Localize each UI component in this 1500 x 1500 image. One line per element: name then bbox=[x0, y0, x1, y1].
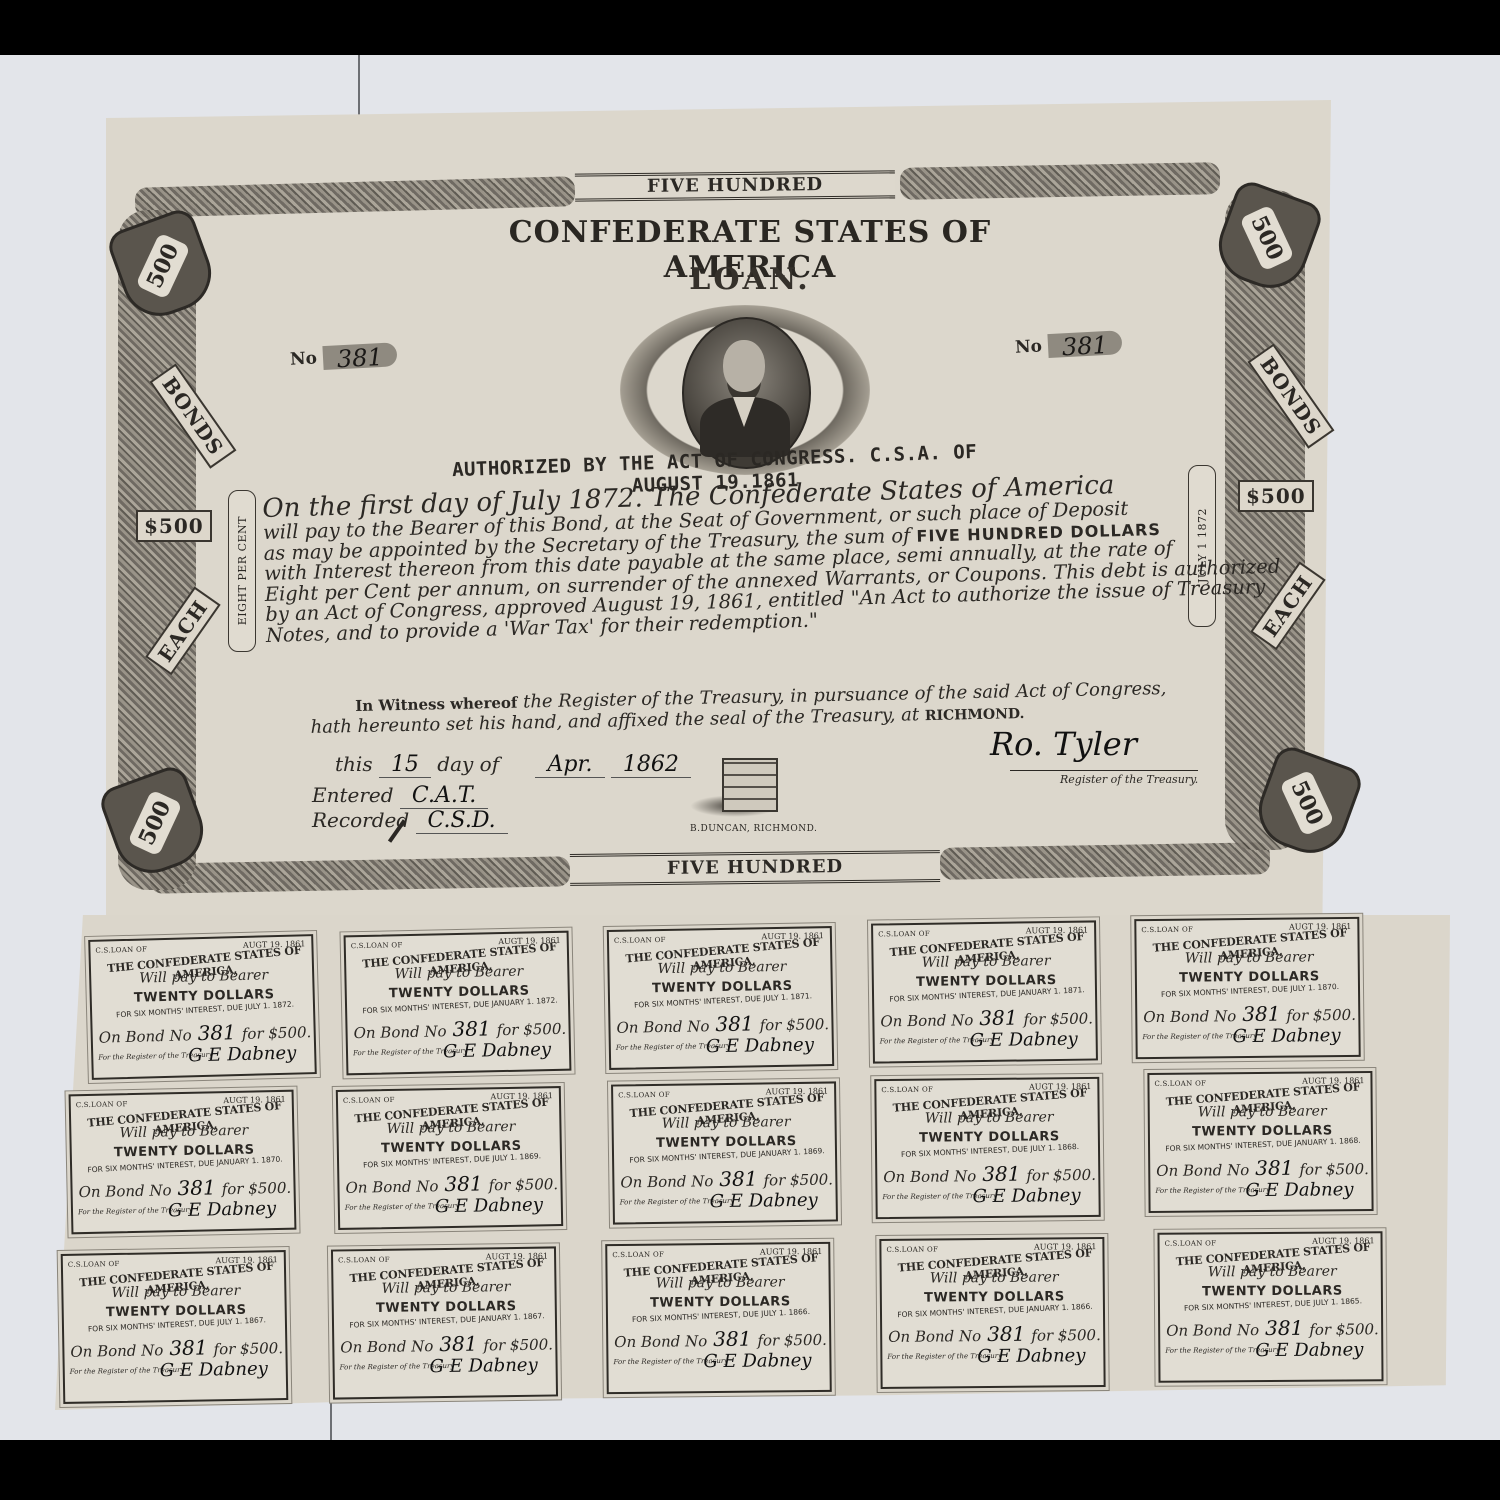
serial-number-right: No 381 bbox=[1014, 327, 1122, 363]
entered-line: Entered C.A.T. bbox=[312, 783, 488, 808]
cotton-bale-vignette bbox=[680, 750, 790, 825]
coupon-loan-label: C.S.LOAN OF bbox=[1141, 926, 1193, 935]
interest-coupon: C.S.LOAN OF AUGT 19. 1861 THE CONFEDERAT… bbox=[874, 1077, 1100, 1219]
coupon-bond-line: On Bond No381for $500. bbox=[1143, 1001, 1356, 1027]
coupon-signature: G E Dabney bbox=[168, 1198, 276, 1221]
coupon-signature: G E Dabney bbox=[429, 1355, 537, 1378]
coupon-pay-text: Will pay to Bearer bbox=[873, 952, 1098, 971]
coupon-signature: G E Dabney bbox=[1255, 1339, 1363, 1361]
interest-coupon: C.S.LOAN OF AUGT 19. 1861 THE CONFEDERAT… bbox=[344, 931, 572, 1076]
coupon-bond-number: 381 bbox=[976, 1162, 1026, 1187]
coupon-loan-label: C.S.LOAN OF bbox=[612, 1251, 664, 1260]
recorded-line: Recorded C.S.D. bbox=[312, 808, 508, 833]
coupon-signature: G E Dabney bbox=[188, 1043, 297, 1067]
letterbox-top bbox=[0, 0, 1500, 55]
interest-coupon: C.S.LOAN OF AUGT 19. 1861 THE CONFEDERAT… bbox=[607, 926, 834, 1070]
coupon-loan-label: C.S.LOAN OF bbox=[881, 1086, 933, 1095]
coupon-bond-line: On Bond No381for $500. bbox=[883, 1161, 1096, 1187]
number-prefix: No bbox=[1015, 336, 1043, 357]
interest-coupon: C.S.LOAN OF AUGT 19. 1861 THE CONFEDERAT… bbox=[605, 1242, 832, 1394]
coupon-bond-number: 381 bbox=[1236, 1002, 1286, 1027]
coupon-pay-text: Will pay to Bearer bbox=[71, 1122, 296, 1143]
entered-initials: C.A.T. bbox=[400, 783, 488, 809]
floral-border bbox=[940, 842, 1271, 880]
issue-day: 15 bbox=[379, 752, 431, 778]
coupon-pay-text: Will pay to Bearer bbox=[877, 1109, 1102, 1127]
coupon-signature: G E Dabney bbox=[435, 1194, 543, 1217]
coupon-pay-text: Will pay to Bearer bbox=[1150, 1103, 1375, 1121]
issue-date-line: this 15 day of Apr. 1862 bbox=[335, 752, 691, 777]
interest-coupon: C.S.LOAN OF AUGT 19. 1861 THE CONFEDERAT… bbox=[1134, 917, 1360, 1059]
coupon-pay-text: Will pay to Bearer bbox=[613, 1113, 838, 1132]
serial-number-left: No 381 bbox=[289, 339, 397, 375]
coupon-pay-text: Will pay to Bearer bbox=[338, 1118, 563, 1138]
interest-coupon: C.S.LOAN OF AUGT 19. 1861 THE CONFEDERAT… bbox=[336, 1086, 563, 1230]
value-ribbon: $500 bbox=[136, 510, 212, 542]
coupon-bond-number: 381 bbox=[709, 1011, 760, 1036]
letterbox-bottom bbox=[0, 1440, 1500, 1500]
bond-body-text: On the first day of July 1872. The Confe… bbox=[262, 469, 1196, 646]
coupon-pay-text: Will pay to Bearer bbox=[333, 1278, 558, 1297]
serial-value: 381 bbox=[322, 342, 397, 370]
coupon-pay-text: Will pay to Bearer bbox=[346, 963, 571, 984]
coupon-loan-label: C.S.LOAN OF bbox=[76, 1100, 128, 1109]
register-signature: Ro. Tyler bbox=[990, 725, 1137, 763]
coupon-loan-label: C.S.LOAN OF bbox=[614, 936, 666, 945]
coupon-signature: G E Dabney bbox=[1245, 1179, 1353, 1201]
portrait-head bbox=[723, 340, 765, 392]
interest-coupon: C.S.LOAN OF AUGT 19. 1861 THE CONFEDERAT… bbox=[69, 1090, 297, 1235]
interest-coupon: C.S.LOAN OF AUGT 19. 1861 THE CONFEDERAT… bbox=[88, 934, 317, 1080]
interest-coupon: C.S.LOAN OF AUGT 19. 1861 THE CONFEDERAT… bbox=[1147, 1071, 1373, 1213]
coupon-pay-text: Will pay to Bearer bbox=[1137, 949, 1362, 967]
coupon-loan-label: C.S.LOAN OF bbox=[351, 941, 403, 950]
coupon-bond-number: 381 bbox=[1249, 1156, 1299, 1180]
coupon-loan-label: C.S.LOAN OF bbox=[878, 930, 930, 939]
coupon-loan-label: C.S.LOAN OF bbox=[95, 945, 147, 954]
coupon-signature: G E Dabney bbox=[160, 1358, 268, 1381]
engraver-credit: B.DUNCAN, RICHMOND. bbox=[690, 824, 817, 834]
coupon-bond-number: 381 bbox=[973, 1005, 1024, 1030]
top-banner: FIVE HUNDRED bbox=[575, 170, 895, 201]
interest-coupon: C.S.LOAN OF AUGT 19. 1861 THE CONFEDERAT… bbox=[1157, 1231, 1383, 1383]
coupon-bond-line: On Bond No381for $500. bbox=[620, 1165, 833, 1192]
value-ribbon: $500 bbox=[1238, 480, 1314, 512]
coupon-bond-number: 381 bbox=[707, 1327, 757, 1352]
coupon-pay-text: Will pay to Bearer bbox=[63, 1282, 288, 1302]
coupon-loan-label: C.S.LOAN OF bbox=[618, 1091, 670, 1100]
coupon-bond-number: 381 bbox=[191, 1020, 242, 1045]
coupon-signature: G E Dabney bbox=[970, 1029, 1078, 1052]
coupon-bond-line: On Bond No381for $500. bbox=[1156, 1155, 1369, 1181]
coupon-bond-number: 381 bbox=[438, 1171, 489, 1196]
coupon-bond-number: 381 bbox=[446, 1016, 497, 1041]
serial-value: 381 bbox=[1047, 330, 1122, 358]
interest-coupon: C.S.LOAN OF AUGT 19. 1861 THE CONFEDERAT… bbox=[879, 1237, 1105, 1389]
coupon-pay-text: Will pay to Bearer bbox=[608, 1274, 833, 1292]
coupon-signature: G E Dabney bbox=[703, 1350, 811, 1372]
witness-place: RICHMOND. bbox=[925, 706, 1025, 724]
coupon-bond-line: On Bond No381for $500. bbox=[888, 1321, 1101, 1347]
coupon-bond-number: 381 bbox=[433, 1331, 484, 1356]
interest-coupon: C.S.LOAN OF AUGT 19. 1861 THE CONFEDERAT… bbox=[61, 1250, 289, 1404]
coupon-bond-number: 381 bbox=[171, 1175, 222, 1200]
interest-coupon: C.S.LOAN OF AUGT 19. 1861 THE CONFEDERAT… bbox=[331, 1246, 558, 1399]
issue-month: Apr. bbox=[535, 752, 604, 778]
coupon-pay-text: Will pay to Bearer bbox=[1160, 1263, 1385, 1281]
coupon-pay-text: Will pay to Bearer bbox=[609, 958, 834, 978]
interest-rate-scroll: EIGHT PER CENT bbox=[228, 490, 256, 652]
coupon-bond-number: 381 bbox=[981, 1322, 1031, 1346]
witness-lead: In Witness whereof bbox=[355, 694, 518, 715]
coupon-signature: G E Dabney bbox=[977, 1345, 1085, 1367]
coupon-signature: G E Dabney bbox=[1232, 1025, 1340, 1047]
interest-coupon: C.S.LOAN OF AUGT 19. 1861 THE CONFEDERAT… bbox=[871, 920, 1098, 1063]
coupon-bond-line: On Bond No381for $500. bbox=[1166, 1315, 1379, 1340]
coupon-loan-label: C.S.LOAN OF bbox=[1154, 1079, 1206, 1087]
coupon-bond-number: 381 bbox=[1259, 1316, 1309, 1340]
interest-coupon: C.S.LOAN OF AUGT 19. 1861 THE CONFEDERAT… bbox=[611, 1081, 838, 1224]
coupon-loan-label: C.S.LOAN OF bbox=[343, 1096, 395, 1105]
coupon-loan-label: C.S.LOAN OF bbox=[1165, 1239, 1217, 1247]
coupon-bond-number: 381 bbox=[163, 1335, 214, 1360]
issue-year: 1862 bbox=[611, 752, 691, 778]
coupon-loan-label: C.S.LOAN OF bbox=[886, 1245, 938, 1253]
coupon-bond-number: 381 bbox=[713, 1166, 764, 1191]
coupon-signature: G E Dabney bbox=[710, 1190, 818, 1213]
loan-heading: LOAN. bbox=[640, 262, 860, 297]
coupon-signature: G E Dabney bbox=[443, 1039, 551, 1062]
coupon-pay-text: Will pay to Bearer bbox=[882, 1269, 1107, 1287]
coupon-loan-label: C.S.LOAN OF bbox=[68, 1260, 120, 1269]
recorded-initials: C.S.D. bbox=[416, 808, 508, 834]
coupon-bond-line: On Bond No381for $500. bbox=[340, 1330, 553, 1357]
register-label: Register of the Treasury. bbox=[1010, 770, 1198, 786]
coupon-bond-line: On Bond No381for $500. bbox=[880, 1004, 1093, 1031]
coupon-signature: G E Dabney bbox=[972, 1185, 1080, 1207]
bottom-banner: FIVE HUNDRED bbox=[570, 850, 940, 886]
coupon-bond-line: On Bond No381for $500. bbox=[614, 1326, 827, 1352]
table-seam bbox=[330, 1400, 332, 1440]
coupon-loan-label: C.S.LOAN OF bbox=[338, 1256, 390, 1265]
coupon-signature: G E Dabney bbox=[706, 1034, 814, 1057]
number-prefix: No bbox=[290, 348, 318, 369]
floral-border bbox=[900, 162, 1221, 200]
